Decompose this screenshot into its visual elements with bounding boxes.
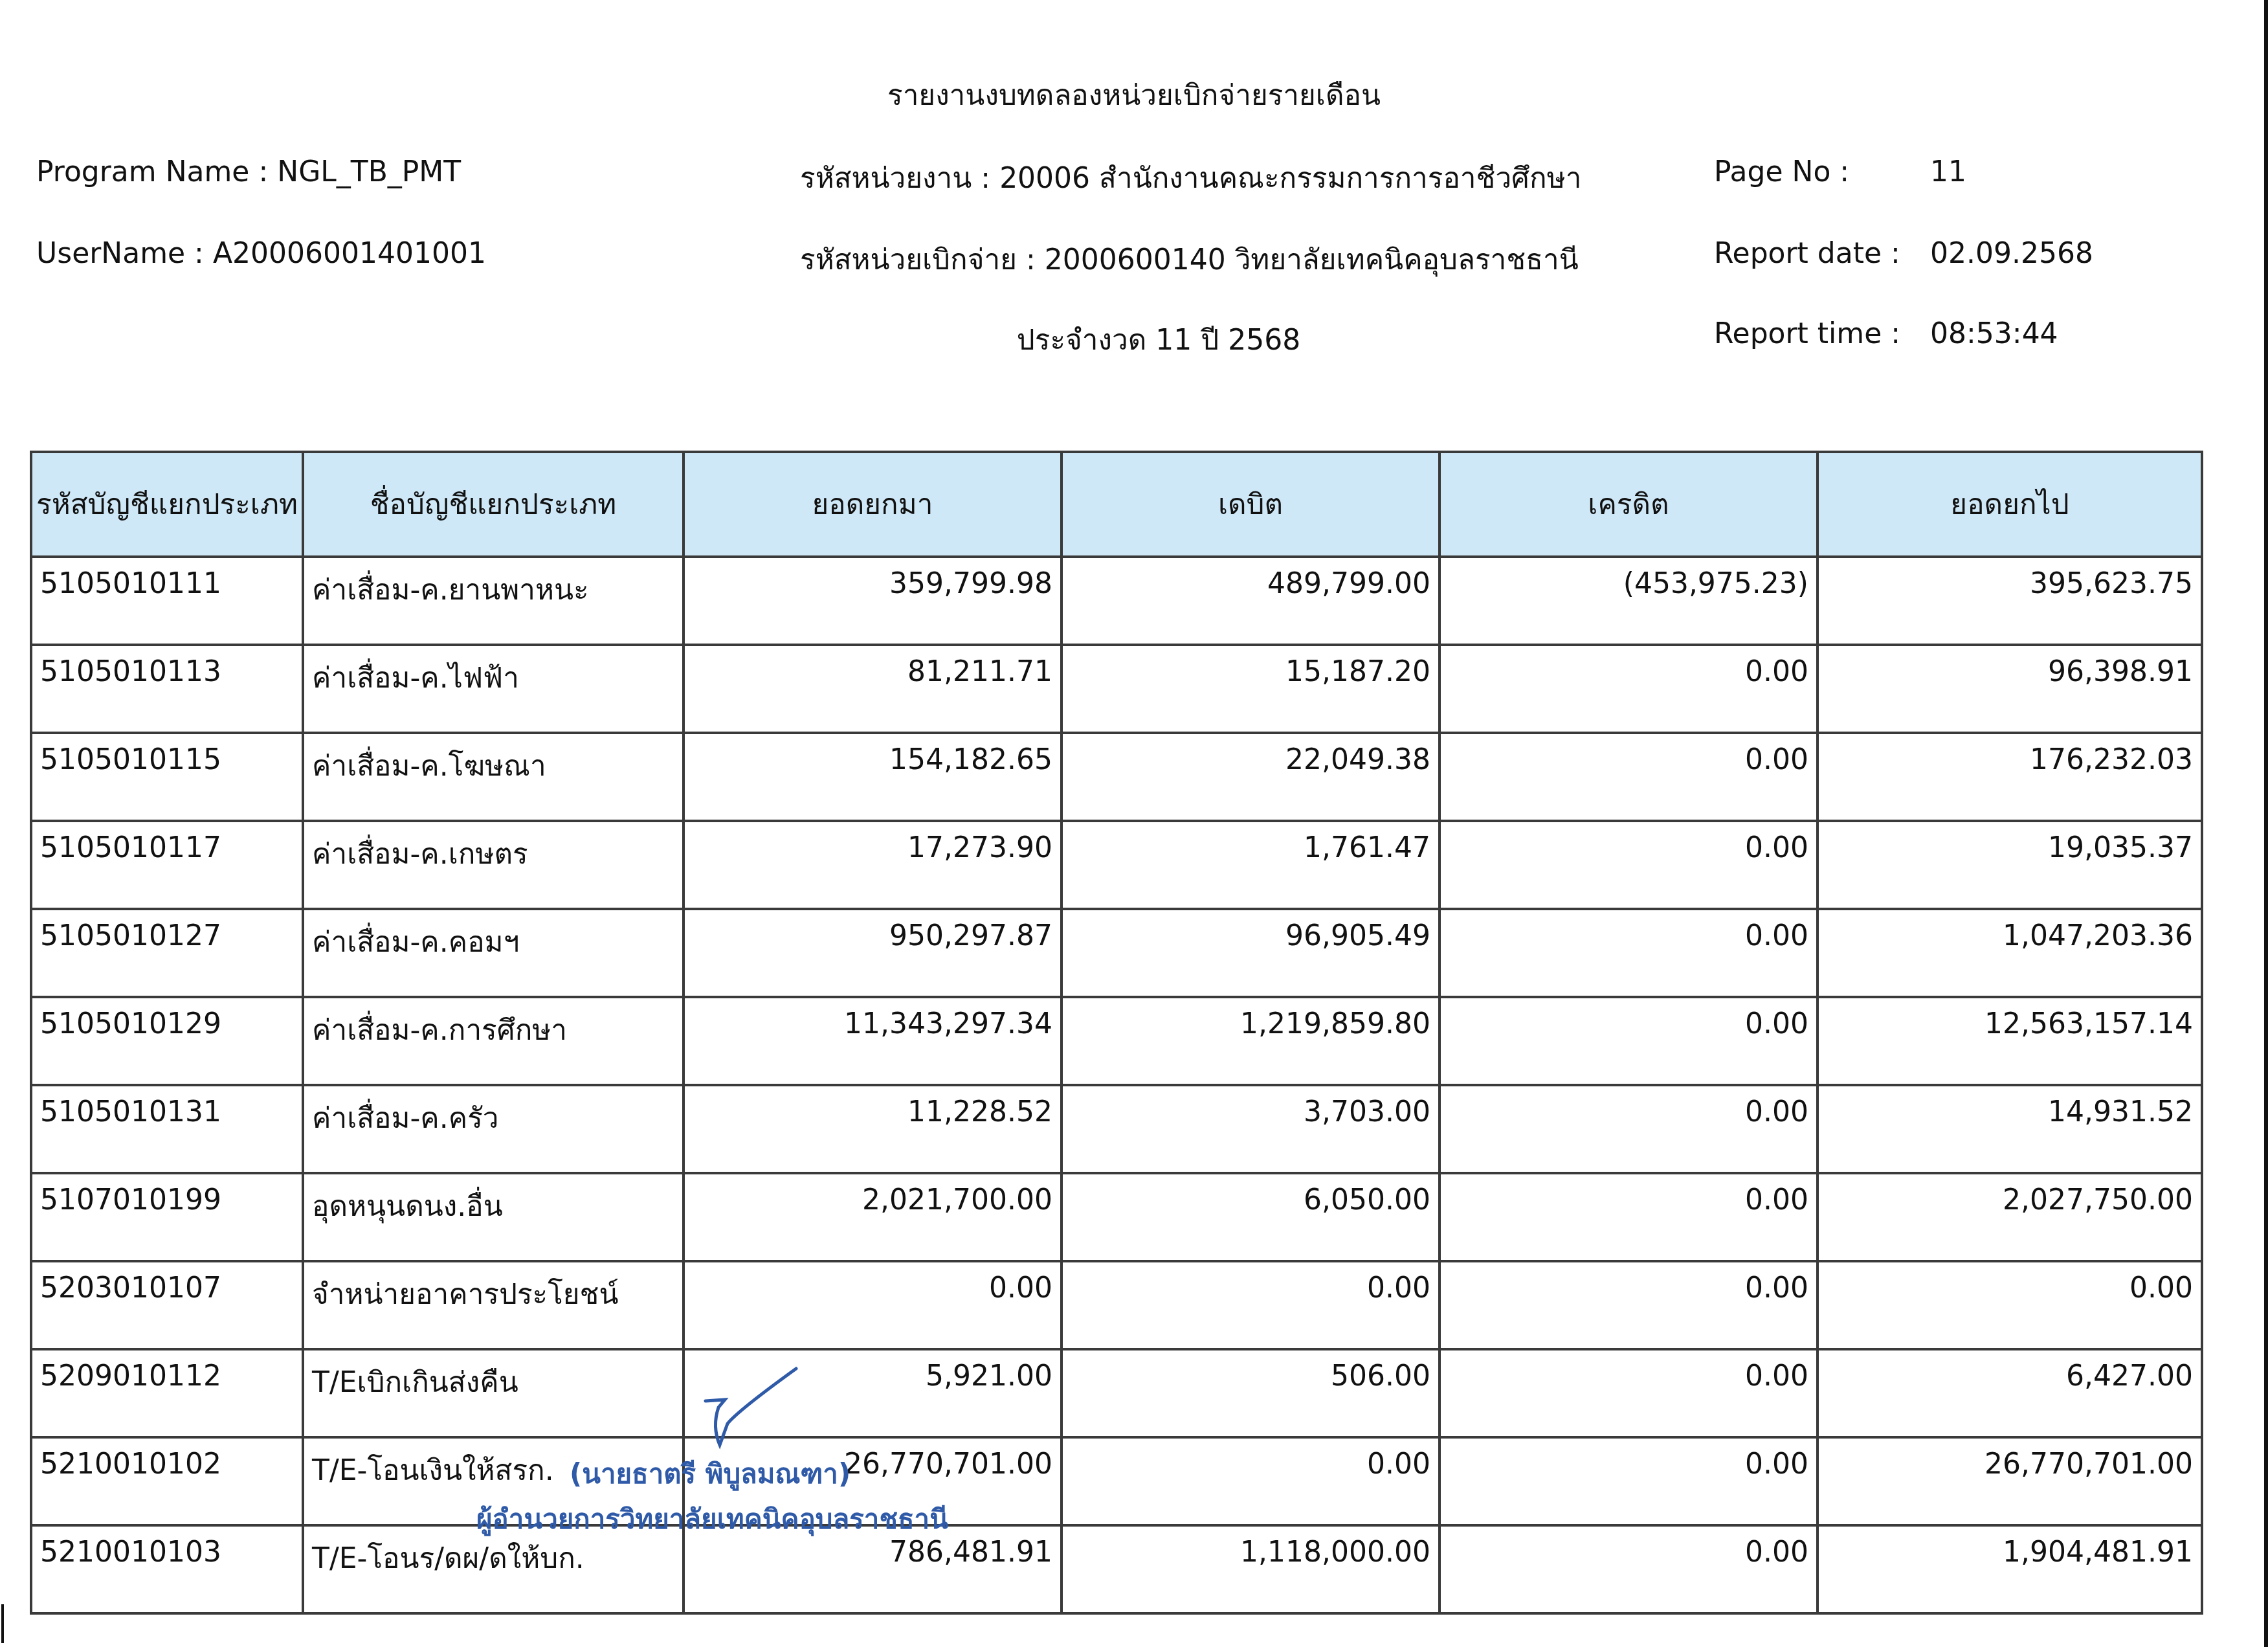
col-header-account-name: ชื่อบัญชีแยกประเภท	[303, 452, 684, 557]
table-row: 5105010129ค่าเสื่อม-ค.การศึกษา11,343,297…	[31, 997, 2202, 1085]
cell-credit: 0.00	[1440, 1437, 1818, 1525]
cell-debit: 1,761.47	[1062, 821, 1440, 909]
cell-account-code: 5209010112	[31, 1349, 303, 1437]
cell-debit: 1,118,000.00	[1062, 1525, 1440, 1613]
signer-name-stamp: (นายธาตรี พิบูลมณฑา)	[570, 1453, 850, 1496]
cell-debit: 489,799.00	[1062, 557, 1440, 645]
cell-account-name: ค่าเสื่อม-ค.ครัว	[303, 1085, 684, 1173]
cell-brought-forward: 81,211.71	[684, 645, 1062, 733]
table-row: 5105010115ค่าเสื่อม-ค.โฆษณา154,182.6522,…	[31, 733, 2202, 821]
cell-credit: 0.00	[1440, 821, 1818, 909]
cell-carried-forward: 395,623.75	[1818, 557, 2202, 645]
cell-debit: 506.00	[1062, 1349, 1440, 1437]
cell-credit: 0.00	[1440, 997, 1818, 1085]
table-row: 5203010107จำหน่ายอาคารประโยชน์0.000.000.…	[31, 1261, 2202, 1349]
cell-debit: 22,049.38	[1062, 733, 1440, 821]
report-date-label: Report date :	[1714, 237, 1900, 270]
cell-credit: 0.00	[1440, 1085, 1818, 1173]
cell-carried-forward: 176,232.03	[1818, 733, 2202, 821]
cell-debit: 1,219,859.80	[1062, 997, 1440, 1085]
cell-account-name: ค่าเสื่อม-ค.ยานพาหนะ	[303, 557, 684, 645]
scan-mark	[1, 1604, 4, 1643]
table-row: 5105010111ค่าเสื่อม-ค.ยานพาหนะ359,799.98…	[31, 557, 2202, 645]
col-header-debit: เดบิต	[1062, 452, 1440, 557]
cell-debit: 3,703.00	[1062, 1085, 1440, 1173]
cell-brought-forward: 154,182.65	[684, 733, 1062, 821]
cell-account-code: 5105010127	[31, 909, 303, 997]
cell-carried-forward: 19,035.37	[1818, 821, 2202, 909]
cell-account-name: ค่าเสื่อม-ค.โฆษณา	[303, 733, 684, 821]
col-header-credit: เครดิต	[1440, 452, 1818, 557]
cell-carried-forward: 2,027,750.00	[1818, 1173, 2202, 1261]
table-row: 5107010199อุดหนุนดนง.อื่น2,021,700.006,0…	[31, 1173, 2202, 1261]
cell-carried-forward: 0.00	[1818, 1261, 2202, 1349]
cell-account-code: 5105010113	[31, 645, 303, 733]
col-header-account-code: รหัสบัญชีแยกประเภท	[31, 452, 303, 557]
table-row: 5210010102T/E-โอนเงินให้สรก.26,770,701.0…	[31, 1437, 2202, 1525]
cell-credit: (453,975.23)	[1440, 557, 1818, 645]
page-no-label: Page No :	[1714, 155, 1849, 188]
table-header-row: รหัสบัญชีแยกประเภท ชื่อบัญชีแยกประเภท ยอ…	[31, 452, 2202, 557]
col-header-carried-forward: ยอดยกไป	[1818, 452, 2202, 557]
cell-carried-forward: 26,770,701.00	[1818, 1437, 2202, 1525]
cell-credit: 0.00	[1440, 1525, 1818, 1613]
table-row: 5209010112T/Eเบิกเกินส่งคืน5,921.00506.0…	[31, 1349, 2202, 1437]
cell-account-name: อุดหนุนดนง.อื่น	[303, 1173, 684, 1261]
signature-mark	[699, 1362, 803, 1453]
cell-brought-forward: 359,799.98	[684, 557, 1062, 645]
cell-account-code: 5105010131	[31, 1085, 303, 1173]
page-no-value: 11	[1930, 155, 1966, 188]
cell-account-code: 5105010111	[31, 557, 303, 645]
cell-debit: 0.00	[1062, 1437, 1440, 1525]
signer-title-stamp: ผู้อำนวยการวิทยาลัยเทคนิคอุบลราชธานี	[476, 1498, 948, 1541]
cell-debit: 96,905.49	[1062, 909, 1440, 997]
cell-carried-forward: 1,047,203.36	[1818, 909, 2202, 997]
table-row: 5210010103T/E-โอนร/ดผ/ดให้บก.786,481.911…	[31, 1525, 2202, 1613]
report-title: รายงานงบทดลองหน่วยเบิกจ่ายรายเดือน	[0, 73, 2268, 118]
cell-account-name: ค่าเสื่อม-ค.ไฟฟ้า	[303, 645, 684, 733]
cell-credit: 0.00	[1440, 733, 1818, 821]
report-period: ประจำงวด 11 ปี 2568	[0, 317, 2268, 363]
cell-credit: 0.00	[1440, 909, 1818, 997]
cell-account-name: จำหน่ายอาคารประโยชน์	[303, 1261, 684, 1349]
cell-account-code: 5105010129	[31, 997, 303, 1085]
table-row: 5105010113ค่าเสื่อม-ค.ไฟฟ้า81,211.7115,1…	[31, 645, 2202, 733]
username: UserName : A20006001401001	[36, 237, 486, 270]
cell-brought-forward: 0.00	[684, 1261, 1062, 1349]
report-date-value: 02.09.2568	[1930, 237, 2093, 270]
cell-credit: 0.00	[1440, 1349, 1818, 1437]
cell-brought-forward: 2,021,700.00	[684, 1173, 1062, 1261]
trial-balance-table: รหัสบัญชีแยกประเภท ชื่อบัญชีแยกประเภท ยอ…	[30, 451, 2203, 1615]
cell-account-name: ค่าเสื่อม-ค.คอมฯ	[303, 909, 684, 997]
table-row: 5105010117ค่าเสื่อม-ค.เกษตร17,273.901,76…	[31, 821, 2202, 909]
cell-carried-forward: 14,931.52	[1818, 1085, 2202, 1173]
cell-account-name: T/Eเบิกเกินส่งคืน	[303, 1349, 684, 1437]
cell-account-code: 5105010115	[31, 733, 303, 821]
report-time-label: Report time :	[1714, 317, 1900, 350]
cell-brought-forward: 11,343,297.34	[684, 997, 1062, 1085]
cell-brought-forward: 17,273.90	[684, 821, 1062, 909]
cell-account-code: 5203010107	[31, 1261, 303, 1349]
cell-carried-forward: 1,904,481.91	[1818, 1525, 2202, 1613]
cell-account-code: 5105010117	[31, 821, 303, 909]
disbursing-unit-code: รหัสหน่วยเบิกจ่าย : 2000600140 วิทยาลัยเ…	[800, 237, 1579, 282]
cell-debit: 0.00	[1062, 1261, 1440, 1349]
table-row: 5105010131ค่าเสื่อม-ค.ครัว11,228.523,703…	[31, 1085, 2202, 1173]
cell-debit: 6,050.00	[1062, 1173, 1440, 1261]
col-header-brought-forward: ยอดยกมา	[684, 452, 1062, 557]
report-time-value: 08:53:44	[1930, 317, 2058, 350]
cell-carried-forward: 96,398.91	[1818, 645, 2202, 733]
cell-debit: 15,187.20	[1062, 645, 1440, 733]
page-edge	[2264, 0, 2268, 1647]
cell-account-name: ค่าเสื่อม-ค.การศึกษา	[303, 997, 684, 1085]
table-row: 5105010127ค่าเสื่อม-ค.คอมฯ950,297.8796,9…	[31, 909, 2202, 997]
cell-carried-forward: 6,427.00	[1818, 1349, 2202, 1437]
agency-code: รหัสหน่วยงาน : 20006 สำนักงานคณะกรรมการก…	[800, 155, 1581, 201]
cell-account-code: 5107010199	[31, 1173, 303, 1261]
cell-credit: 0.00	[1440, 1261, 1818, 1349]
cell-account-code: 5210010102	[31, 1437, 303, 1525]
cell-brought-forward: 11,228.52	[684, 1085, 1062, 1173]
cell-account-code: 5210010103	[31, 1525, 303, 1613]
cell-account-name: ค่าเสื่อม-ค.เกษตร	[303, 821, 684, 909]
cell-brought-forward: 950,297.87	[684, 909, 1062, 997]
cell-credit: 0.00	[1440, 1173, 1818, 1261]
program-name: Program Name : NGL_TB_PMT	[36, 155, 461, 188]
cell-credit: 0.00	[1440, 645, 1818, 733]
cell-carried-forward: 12,563,157.14	[1818, 997, 2202, 1085]
